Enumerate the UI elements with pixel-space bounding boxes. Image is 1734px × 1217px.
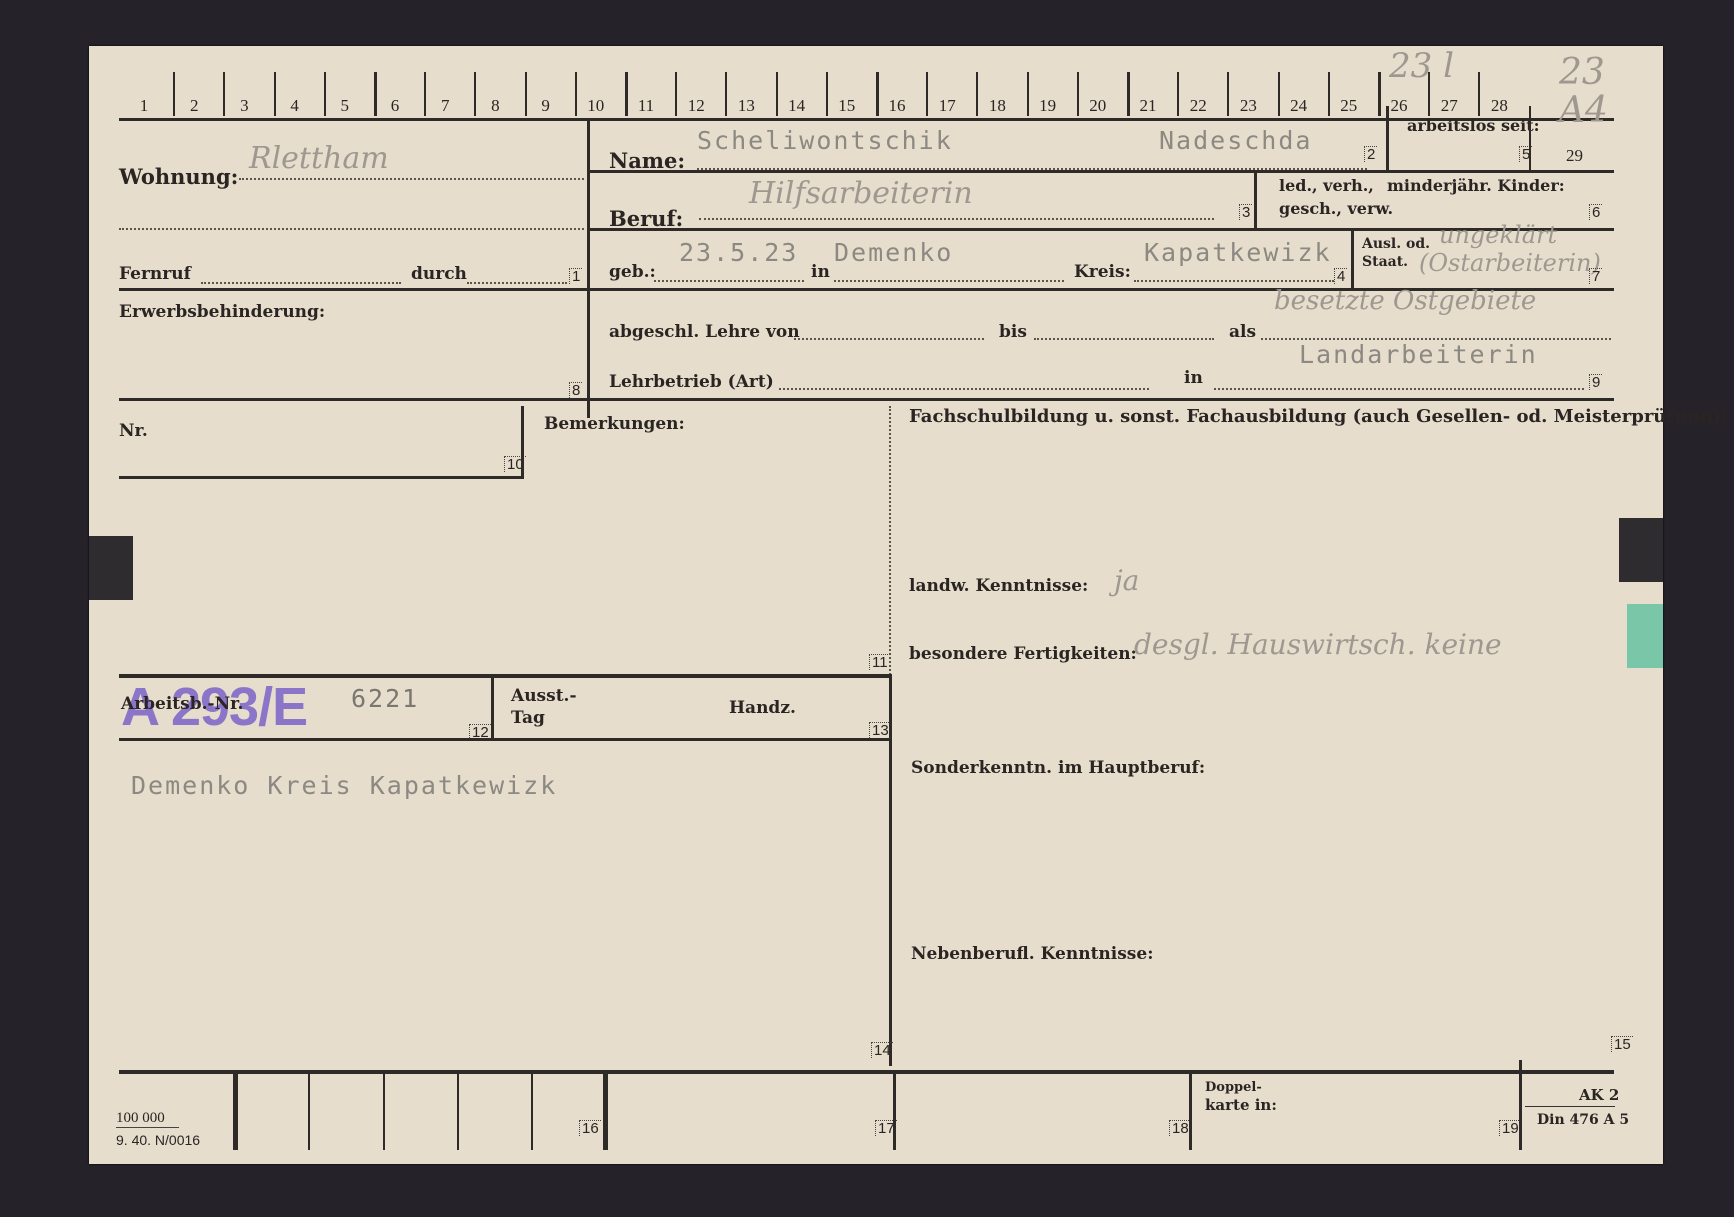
field-number-11: 11 bbox=[869, 654, 890, 670]
field-number-3: 3 bbox=[1239, 204, 1252, 220]
divider bbox=[521, 406, 524, 476]
ruler-tick bbox=[324, 72, 326, 116]
besondere-fertigkeiten-value: desgl. Hauswirtsch. keine bbox=[1134, 628, 1502, 661]
ruler-tick bbox=[826, 72, 828, 116]
dotted-line bbox=[834, 280, 1064, 282]
dotted-line bbox=[699, 218, 1214, 220]
besondere-fertigkeiten-label: besondere Fertigkeiten: bbox=[909, 644, 1137, 664]
ruler-number: 5 bbox=[330, 96, 360, 116]
beruf-value: Hilfsarbeiterin bbox=[749, 176, 973, 211]
lehrbetrieb-label: Lehrbetrieb (Art) bbox=[609, 372, 774, 392]
registration-card: 1234567891011121314151617181920212223242… bbox=[89, 46, 1663, 1164]
ruler-tick bbox=[776, 72, 778, 116]
divider bbox=[119, 118, 1614, 121]
ruler-number: 3 bbox=[229, 96, 259, 116]
nebenberufl-label: Nebenberufl. Kenntnisse: bbox=[911, 944, 1153, 964]
fernruf-label: Fernruf bbox=[119, 264, 191, 284]
ruler-tick bbox=[725, 72, 727, 116]
field-number-1: 1 bbox=[569, 268, 582, 284]
divider bbox=[603, 1074, 608, 1150]
als-typed: Landarbeiterin bbox=[1299, 340, 1538, 369]
divider bbox=[308, 1074, 310, 1150]
given-name-value: Nadeschda bbox=[1159, 126, 1312, 155]
field-number-4: 4 bbox=[1334, 268, 1347, 284]
print-code: 9. 40. N/0016 bbox=[116, 1132, 200, 1148]
field-number-7: 7 bbox=[1589, 268, 1602, 284]
durch-label: durch bbox=[411, 264, 467, 284]
ruler-tick bbox=[274, 72, 276, 116]
sonderkenntn-label: Sonderkenntn. im Hauptberuf: bbox=[911, 758, 1205, 778]
index-tab-left bbox=[89, 536, 133, 600]
index-tab-right bbox=[1619, 518, 1663, 582]
ruler-tick bbox=[374, 72, 377, 116]
kreis-label: Kreis: bbox=[1074, 262, 1131, 282]
ruler-tick bbox=[1478, 72, 1480, 116]
ruler-tick bbox=[1278, 72, 1280, 116]
ruler-tick bbox=[1027, 72, 1029, 116]
landw-kenntnisse-value: ja bbox=[1114, 564, 1139, 597]
ruler-number: 27 bbox=[1434, 96, 1464, 116]
lehre-von-label: abgeschl. Lehre von bbox=[609, 322, 800, 342]
divider bbox=[1519, 1060, 1522, 1150]
handz-label: Handz. bbox=[729, 698, 796, 718]
divider bbox=[1351, 228, 1354, 288]
divider bbox=[1386, 106, 1389, 171]
ruler-tick bbox=[1227, 72, 1229, 116]
ruler-number: 17 bbox=[932, 96, 962, 116]
divider bbox=[587, 118, 590, 418]
minderj-kinder-label: minderjähr. Kinder: bbox=[1387, 176, 1565, 195]
arbeitsb-nr-value: 6221 bbox=[351, 684, 419, 713]
field-number-9: 9 bbox=[1589, 374, 1602, 390]
field-number-14: 14 bbox=[871, 1042, 893, 1058]
ruler-tick bbox=[876, 72, 879, 116]
marital-status-label-2: gesch., verw. bbox=[1279, 199, 1393, 218]
ruler-number: 12 bbox=[681, 96, 711, 116]
field-number-8: 8 bbox=[569, 382, 582, 398]
divider bbox=[119, 476, 524, 479]
landw-kenntnisse-label: landw. Kenntnisse: bbox=[909, 576, 1088, 596]
ruler-number: 14 bbox=[782, 96, 812, 116]
dotted-line bbox=[1214, 388, 1584, 390]
print-run: 100 000 bbox=[116, 1110, 179, 1128]
als-label: als bbox=[1229, 322, 1256, 342]
als-handwritten: besetzte Ostgebiete bbox=[1274, 286, 1536, 316]
ruler-tick bbox=[525, 72, 527, 116]
birth-date-value: 23.5.23 bbox=[679, 238, 798, 267]
ruler-number: 7 bbox=[430, 96, 460, 116]
geb-in-label: in bbox=[811, 262, 830, 282]
erwerbsbehinderung-label: Erwerbsbehinderung: bbox=[119, 302, 325, 322]
ruler-tick bbox=[976, 72, 978, 116]
dotted-line bbox=[654, 280, 804, 282]
wohnung-label: Wohnung: bbox=[119, 164, 238, 189]
ruler-tick bbox=[474, 72, 476, 116]
ruler-tick bbox=[675, 72, 677, 116]
din-code: Din 476 A 5 bbox=[1537, 1112, 1629, 1128]
ruler-number: 22 bbox=[1183, 96, 1213, 116]
staat-value-1: ungeklärt bbox=[1439, 221, 1557, 249]
ruler-tick bbox=[223, 72, 225, 116]
arbeitsb-nr-label: Arbeitsb.-Nr. bbox=[121, 694, 243, 714]
ruler-tick bbox=[1077, 72, 1079, 116]
dotted-line bbox=[1134, 280, 1334, 282]
fachschulbildung-label: Fachschulbildung u. sonst. Fachausbildun… bbox=[909, 406, 1728, 427]
ausst-label-2: Tag bbox=[511, 708, 545, 728]
divider bbox=[383, 1074, 385, 1150]
ausst-label-1: Ausst.- bbox=[511, 686, 577, 706]
divider bbox=[1529, 106, 1531, 171]
ruler-number: 8 bbox=[480, 96, 510, 116]
dotted-line bbox=[201, 282, 401, 284]
ruler-number: 6 bbox=[380, 96, 410, 116]
ruler-number: 16 bbox=[882, 96, 912, 116]
form-code: AK 2 bbox=[1579, 1086, 1619, 1104]
dotted-line bbox=[239, 178, 584, 180]
ruler-number: 2 bbox=[179, 96, 209, 116]
ruler-tick bbox=[1127, 72, 1130, 116]
divider bbox=[531, 1074, 533, 1150]
doppelkarte-label-2: karte in: bbox=[1205, 1096, 1277, 1114]
birth-place-value: Demenko bbox=[834, 238, 953, 267]
field-number-15: 15 bbox=[1611, 1036, 1633, 1052]
ruler-tick bbox=[1378, 72, 1381, 116]
divider bbox=[119, 1070, 1614, 1074]
kreis-value: Kapatkewizk bbox=[1144, 238, 1332, 267]
ruler-tick bbox=[173, 72, 175, 116]
dotted-line bbox=[794, 338, 984, 340]
divider bbox=[589, 170, 1614, 173]
wohnung-value: Rlettham bbox=[249, 141, 389, 176]
ruler-number: 24 bbox=[1284, 96, 1314, 116]
ruler-tick bbox=[1328, 72, 1330, 116]
divider bbox=[1525, 1106, 1615, 1107]
bis-label: bis bbox=[999, 322, 1027, 342]
dotted-line bbox=[779, 388, 1149, 390]
handwritten-margin-note: 23 A4 bbox=[1559, 54, 1619, 130]
arbeitslos-seit-label: arbeitslos seit: bbox=[1407, 116, 1540, 135]
dotted-line bbox=[467, 282, 567, 284]
ruler-number: 13 bbox=[731, 96, 761, 116]
ruler-tick bbox=[926, 72, 928, 116]
field-number-18: 18 bbox=[1169, 1120, 1191, 1136]
bemerkungen-label: Bemerkungen: bbox=[544, 414, 685, 434]
dotted-line bbox=[1034, 338, 1214, 340]
ruler-number: 21 bbox=[1133, 96, 1163, 116]
ruler-tick bbox=[1177, 72, 1179, 116]
lehrbetrieb-in-label: in bbox=[1184, 368, 1203, 388]
geb-label: geb.: bbox=[609, 262, 656, 282]
ruler-number: 28 bbox=[1484, 96, 1514, 116]
field-number-6: 6 bbox=[1589, 204, 1602, 220]
ruler-number: 23 bbox=[1233, 96, 1263, 116]
field-number-29: 29 bbox=[1566, 146, 1583, 166]
ruler-number: 18 bbox=[982, 96, 1012, 116]
ruler-number: 10 bbox=[581, 96, 611, 116]
field-number-13: 13 bbox=[869, 722, 891, 738]
staat-value-2: (Ostarbeiterin) bbox=[1419, 249, 1601, 277]
handwritten-ruler-note: 23 l bbox=[1389, 46, 1454, 86]
ruler-tick bbox=[424, 72, 426, 116]
ruler-number: 20 bbox=[1083, 96, 1113, 116]
address-typed: Demenko Kreis Kapatkewizk bbox=[131, 771, 557, 800]
ruler-tick bbox=[625, 72, 628, 116]
staat-label: Staat. bbox=[1362, 254, 1408, 270]
surname-value: Scheliwontschik bbox=[697, 126, 953, 155]
dotted-line bbox=[119, 228, 584, 230]
divider bbox=[119, 398, 1614, 401]
divider bbox=[893, 1074, 896, 1150]
nr-label: Nr. bbox=[119, 421, 148, 441]
field-number-19: 19 bbox=[1499, 1120, 1521, 1136]
marital-status-label-1: led., verh., bbox=[1279, 176, 1374, 195]
green-mark bbox=[1627, 604, 1663, 668]
divider bbox=[1189, 1074, 1192, 1150]
ruler-number: 11 bbox=[631, 96, 661, 116]
field-number-2: 2 bbox=[1364, 146, 1377, 162]
ruler-number: 15 bbox=[832, 96, 862, 116]
divider bbox=[233, 1074, 238, 1150]
field-number-16: 16 bbox=[579, 1120, 601, 1136]
divider bbox=[491, 676, 494, 738]
ruler-number: 19 bbox=[1033, 96, 1063, 116]
ruler-number: 4 bbox=[280, 96, 310, 116]
divider bbox=[119, 738, 892, 741]
ruler-tick bbox=[575, 72, 577, 116]
divider bbox=[457, 1074, 459, 1150]
divider bbox=[1254, 170, 1257, 228]
ruler-number: 1 bbox=[129, 96, 159, 116]
ruler-number: 25 bbox=[1334, 96, 1364, 116]
ruler-number: 9 bbox=[531, 96, 561, 116]
divider bbox=[889, 674, 892, 1066]
doppelkarte-label-1: Doppel- bbox=[1205, 1080, 1262, 1095]
